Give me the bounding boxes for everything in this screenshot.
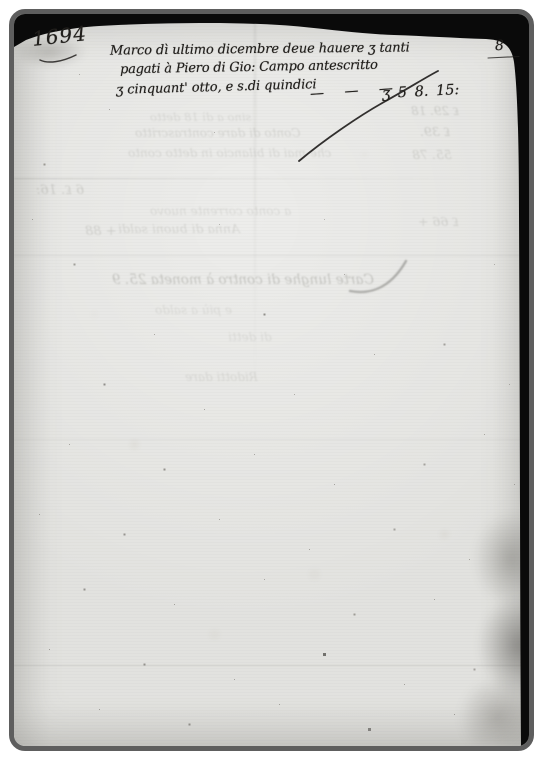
bleedthrough-line: Ridotti dare <box>185 370 258 384</box>
entry-line-1: Marco dì ultimo dicembre deue hauere ʒ t… <box>110 40 410 58</box>
bleedthrough-line: ₤ 39. <box>420 124 450 140</box>
bleedthrough-line: 55. 78 <box>412 147 452 162</box>
bottom-right-stain <box>429 506 529 746</box>
bleedthrough-line: Anna di buoni saldi <box>118 221 240 236</box>
bleedthrough-line: Conto di dare contrascritto <box>135 126 301 140</box>
crease-line <box>14 439 529 440</box>
foxing-spots <box>14 14 15 15</box>
page-frame: ₤ 29. 18 sino a dì 18 detto Conto di dar… <box>9 9 534 751</box>
bleedthrough-line: ₤ 66 + <box>418 214 459 230</box>
bleedthrough-line: e più a saldo <box>155 303 232 317</box>
bleedthrough-line: ₤ 29. 18 <box>411 104 459 119</box>
crease-line <box>14 178 529 179</box>
bleedthrough-line: Carte lunghe di contro à moneta 25. 9 <box>112 272 374 288</box>
bleedthrough-line: che mai di bilancio in detto conto <box>128 146 331 160</box>
bleedthrough-line: di detti <box>228 330 272 344</box>
crease-line <box>14 255 529 256</box>
bleedthrough-line: 6 ₤. 16: <box>36 182 84 198</box>
bleedthrough-line: + 88 <box>85 224 117 239</box>
bleedthrough-line: a conto corrente nuovo <box>150 204 291 218</box>
folio-number: 8 <box>495 38 504 54</box>
bleedthrough-line: sino a dì 18 detto <box>150 110 251 124</box>
